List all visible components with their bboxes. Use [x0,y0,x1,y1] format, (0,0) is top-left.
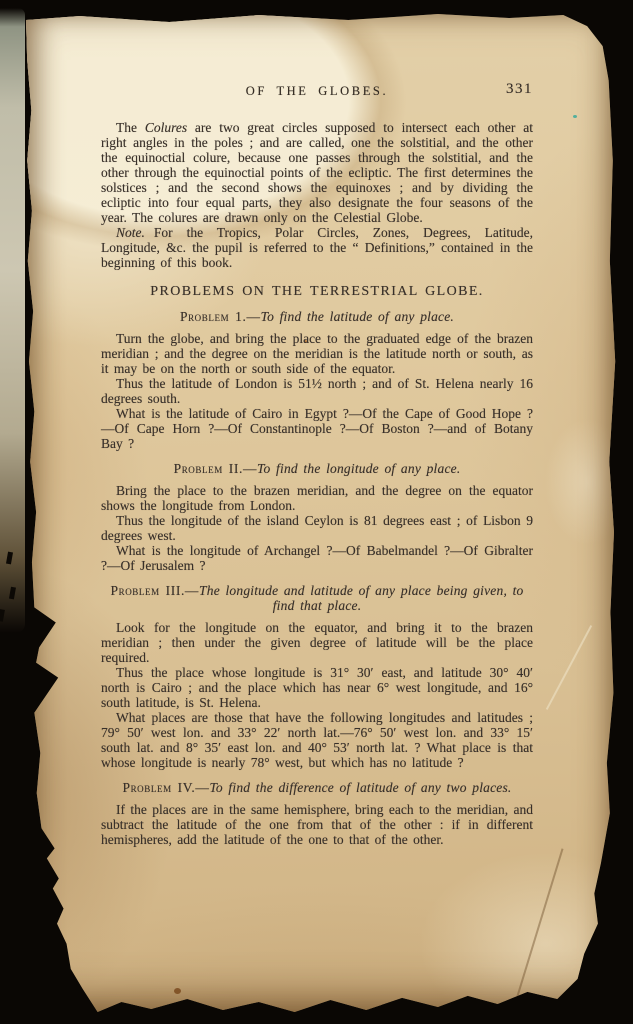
problem-1-paragraph: Thus the latitude of London is 51½ north… [101,376,533,406]
paper-stain-spot [174,988,181,994]
page-content: OF THE GLOBES. 331 The Colures are two g… [101,84,533,847]
note-text: For the Tropics, Polar Circles, Zones, D… [101,225,533,270]
problem-1-paragraph: What is the latitude of Cairo in Egypt ?… [101,406,533,451]
page-number: 331 [506,82,533,97]
problem-1-paragraph: Turn the globe, and bring the place to t… [101,331,533,376]
page-fold-crease [512,848,563,1009]
problem-3-paragraph: What places are those that have the foll… [101,710,533,770]
problem-3-title: The longitude and latitude of any place … [199,583,523,613]
note-label: Note. [116,225,145,240]
paper-speck [573,115,577,118]
problem-1-heading: Problem 1.—To find the latitude of any p… [101,309,533,324]
problem-3-heading: Problem III.—The longitude and latitude … [101,583,533,613]
colures-lead: The [116,120,145,135]
problem-3-paragraph: Thus the place whose longitude is 31° 30… [101,665,533,710]
colures-term: Colures [145,120,187,135]
problem-2-paragraph: What is the longitude of Archangel ?—Of … [101,543,533,573]
problem-3-label: Problem III.— [110,583,199,598]
problem-2-paragraph: Thus the longitude of the island Ceylon … [101,513,533,543]
note-paragraph: Note.For the Tropics, Polar Circles, Zon… [101,225,533,270]
paper-wrinkle [546,625,592,710]
page-header: OF THE GLOBES. 331 [101,84,533,98]
previous-page-edge [0,8,25,633]
problem-4-heading: Problem IV.—To find the difference of la… [101,780,533,795]
problem-2-heading: Problem II.—To find the longitude of any… [101,461,533,476]
problem-4-label: Problem IV.— [122,780,209,795]
problem-2-paragraph: Bring the place to the brazen meridian, … [101,483,533,513]
problem-4-paragraph: If the places are in the same hemisphere… [101,802,533,847]
problem-2-label: Problem II.— [174,461,257,476]
running-title: OF THE GLOBES. [101,84,533,99]
book-page: OF THE GLOBES. 331 The Colures are two g… [20,10,617,1014]
scan-canvas: OF THE GLOBES. 331 The Colures are two g… [0,0,633,1024]
colures-paragraph: The Colures are two great circles suppos… [101,120,533,225]
problem-4-title: To find the difference of latitude of an… [209,780,511,795]
problem-1-label: Problem 1.— [180,309,261,324]
problem-2-title: To find the longitude of any place. [257,461,460,476]
problem-1-title: To find the latitude of any place. [261,309,454,324]
section-heading: PROBLEMS ON THE TERRESTRIAL GLOBE. [101,284,533,299]
colures-rest: are two great circles supposed to inters… [101,120,533,225]
problem-3-paragraph: Look for the longitude on the equator, a… [101,620,533,665]
